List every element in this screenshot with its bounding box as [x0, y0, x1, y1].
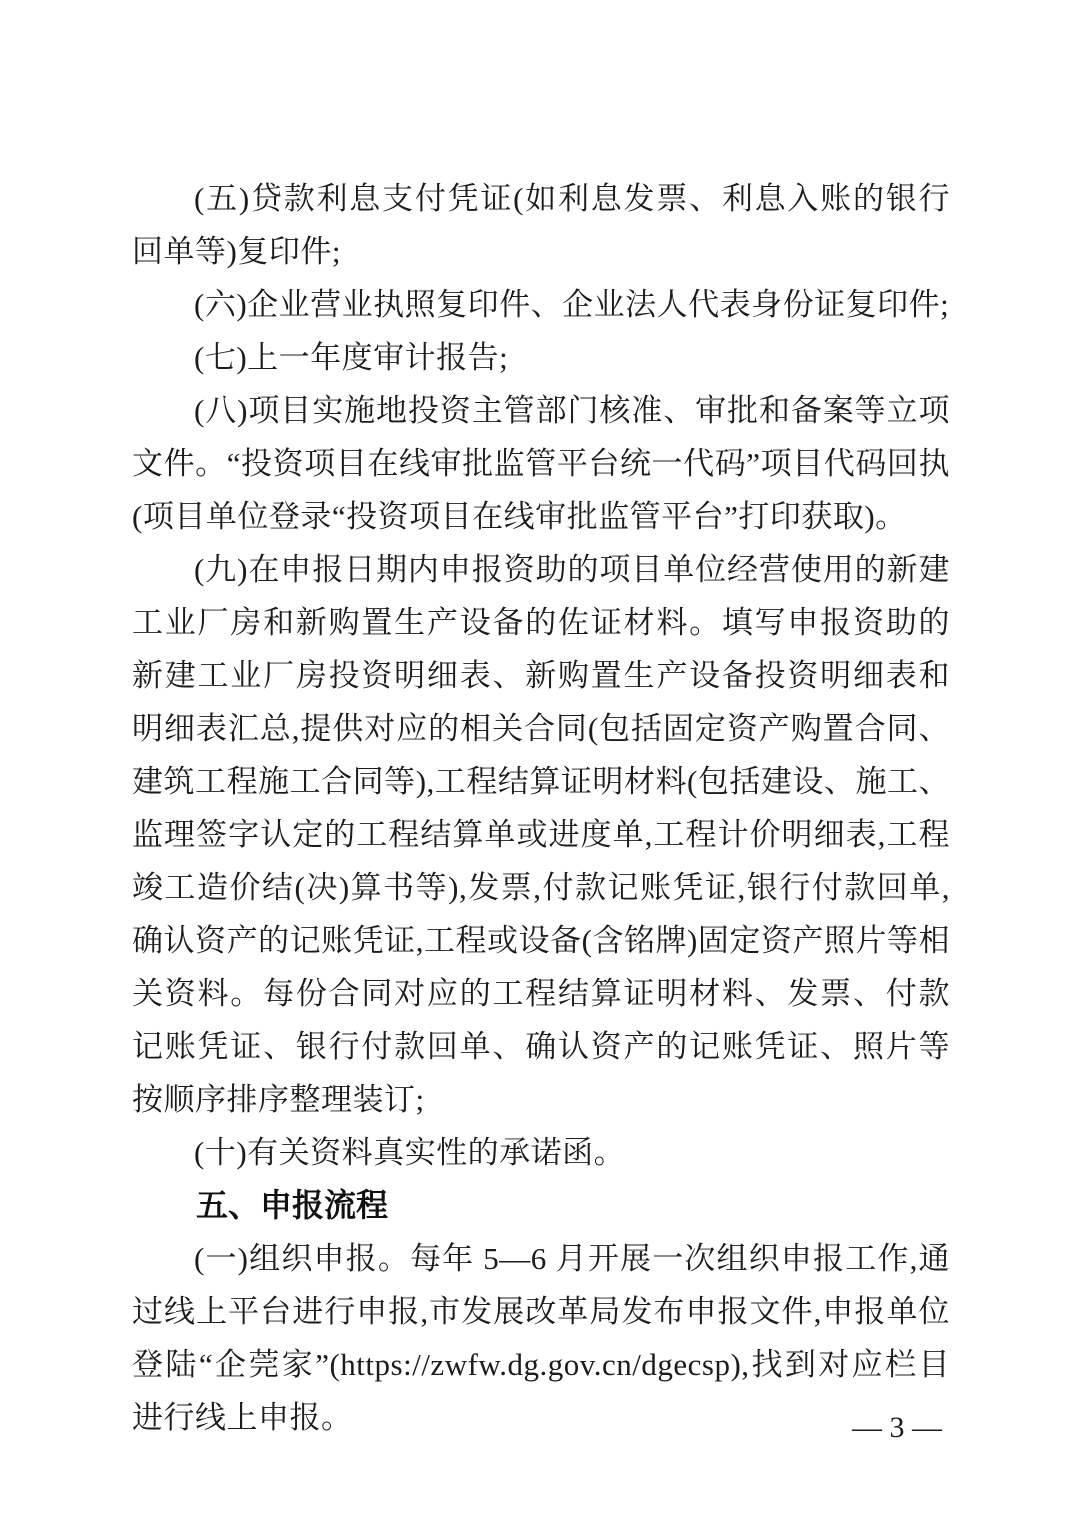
page-number: — 3 — — [852, 1408, 942, 1448]
document-page: (五)贷款利息支付凭证(如利息发票、利息入账的银行回单等)复印件; (六)企业营… — [0, 0, 1080, 1528]
clause-item-10: (十)有关资料真实性的承诺函。 — [132, 1126, 950, 1179]
section-heading-application-process: 五、申报流程 — [132, 1179, 950, 1232]
clause-item-7: (七)上一年度审计报告; — [132, 331, 950, 384]
clause-item-5: (五)贷款利息支付凭证(如利息发票、利息入账的银行回单等)复印件; — [132, 172, 950, 278]
clause-item-9: (九)在申报日期内申报资助的项目单位经营使用的新建工业厂房和新购置生产设备的佐证… — [132, 543, 950, 1126]
clause-item-6: (六)企业营业执照复印件、企业法人代表身份证复印件; — [132, 278, 950, 331]
clause-item-1-organize-application: (一)组织申报。每年 5—6 月开展一次组织申报工作,通过线上平台进行申报,市发… — [132, 1232, 950, 1444]
clause-item-8: (八)项目实施地投资主管部门核准、审批和备案等立项文件。“投资项目在线审批监管平… — [132, 384, 950, 543]
document-body: (五)贷款利息支付凭证(如利息发票、利息入账的银行回单等)复印件; (六)企业营… — [132, 172, 950, 1444]
